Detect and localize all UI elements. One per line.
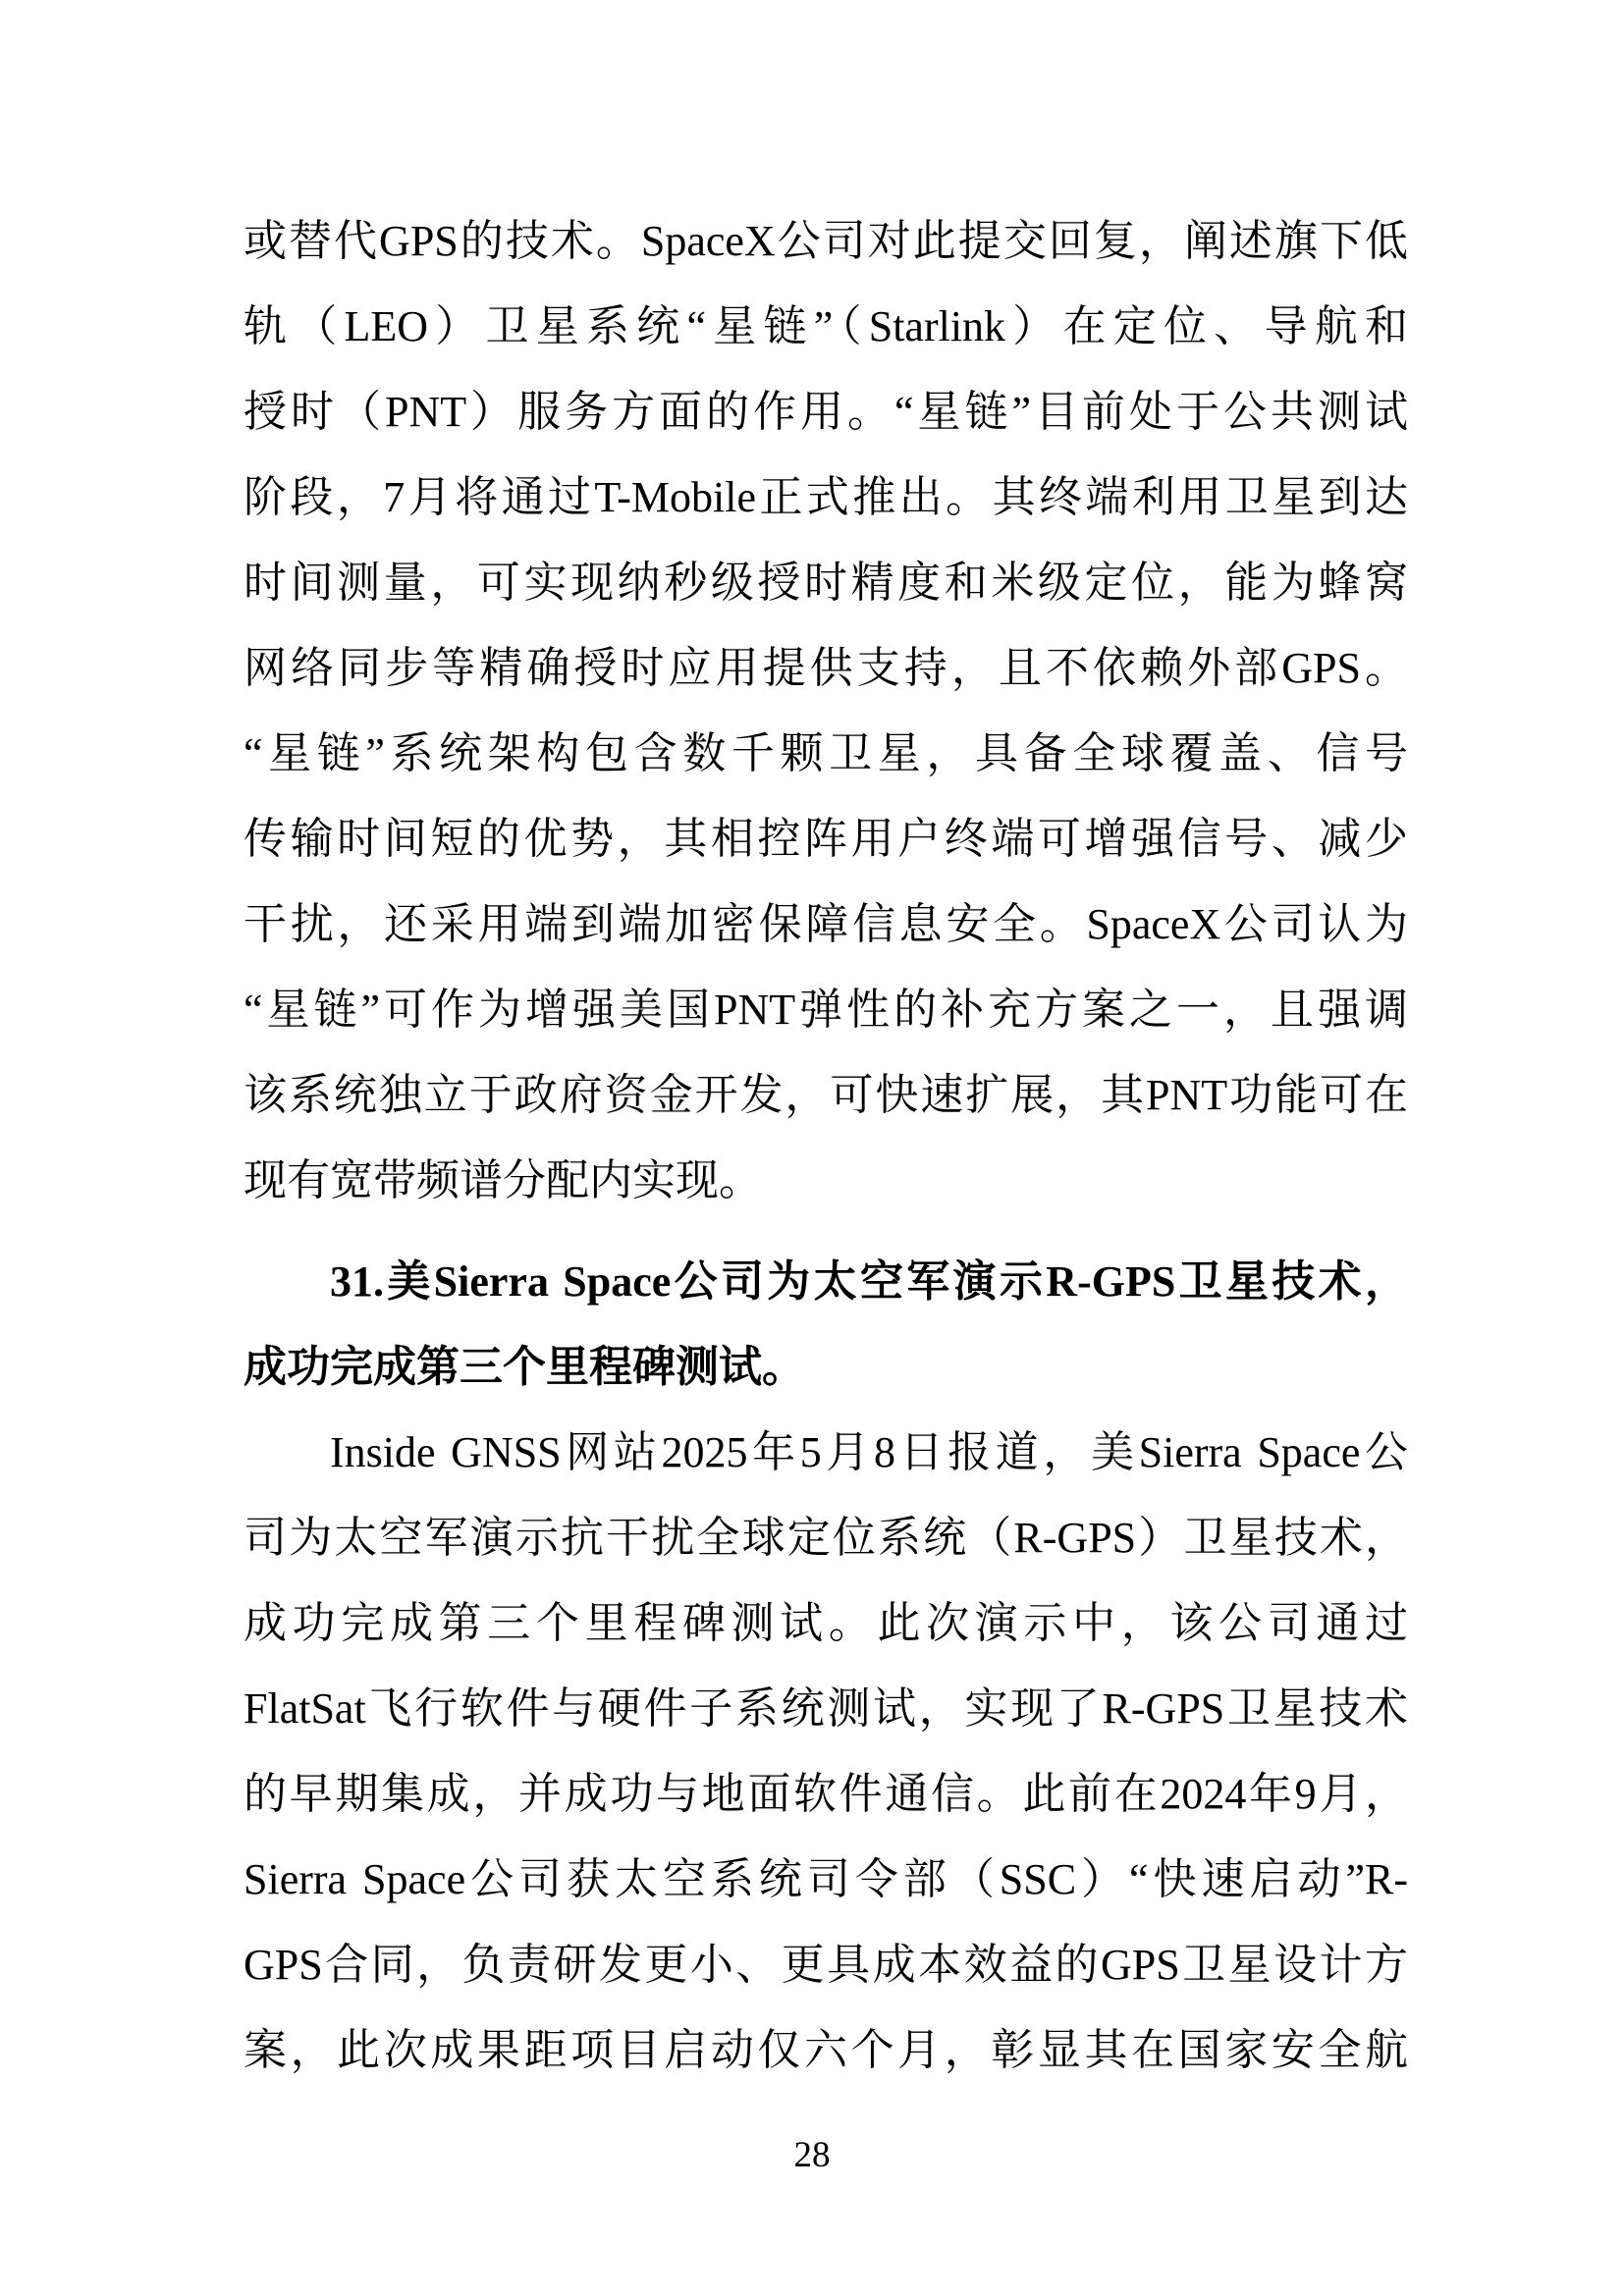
text-line: 案，此次成果距项目启动仅六个月，彰显其在国家安全航 bbox=[244, 2007, 1408, 2093]
text-block: 或替代GPS的技术。SpaceX公司对此提交回复，阐述旗下低 轨（LEO）卫星系… bbox=[244, 198, 1408, 2093]
text-line: 成功完成第三个里程碑测试。此次演示中，该公司通过 bbox=[244, 1580, 1408, 1666]
paragraph-end-line: 现有宽带频谱分配内实现。 bbox=[244, 1138, 1408, 1223]
text-line: 网络同步等精确授时应用提供支持，且不依赖外部GPS。 bbox=[244, 625, 1408, 711]
section-heading-line-2: 成功完成第三个里程碑测试。 bbox=[244, 1324, 1408, 1410]
text-line: FlatSat飞行软件与硬件子系统测试，实现了R-GPS卫星技术 bbox=[244, 1666, 1408, 1751]
text-line: 该系统独立于政府资金开发，可快速扩展，其PNT功能可在 bbox=[244, 1052, 1408, 1138]
text-line: 的早期集成，并成功与地面软件通信。此前在2024年9月， bbox=[244, 1751, 1408, 1837]
text-line: 授时（PNT）服务方面的作用。“星链”目前处于公共测试 bbox=[244, 369, 1408, 454]
text-line: 干扰，还采用端到端加密保障信息安全。SpaceX公司认为 bbox=[244, 881, 1408, 967]
text-line: “星链”系统架构包含数千颗卫星，具备全球覆盖、信号 bbox=[244, 711, 1408, 796]
text-line: 传输时间短的优势，其相控阵用户终端可增强信号、减少 bbox=[244, 796, 1408, 881]
section-heading-line-1: 31.美Sierra Space公司为太空军演示R-GPS卫星技术， bbox=[244, 1239, 1408, 1324]
text-line: GPS合同，负责研发更小、更具成本效益的GPS卫星设计方 bbox=[244, 1922, 1408, 2007]
text-line: 轨（LEO）卫星系统“星链”（Starlink）在定位、导航和 bbox=[244, 284, 1408, 369]
text-line: 或替代GPS的技术。SpaceX公司对此提交回复，阐述旗下低 bbox=[244, 198, 1408, 284]
text-line: Sierra Space公司获太空系统司令部（SSC）“快速启动”R- bbox=[244, 1837, 1408, 1922]
text-line: Inside GNSS网站2025年5月8日报道，美Sierra Space公 bbox=[244, 1410, 1408, 1495]
page-number: 28 bbox=[0, 2112, 1624, 2198]
text-line: “星链”可作为增强美国PNT弹性的补充方案之一，且强调 bbox=[244, 967, 1408, 1052]
text-line: 时间测量，可实现纳秒级授时精度和米级定位，能为蜂窝 bbox=[244, 540, 1408, 625]
text-line: 阶段，7月将通过T-Mobile正式推出。其终端利用卫星到达 bbox=[244, 454, 1408, 540]
text-line: 司为太空军演示抗干扰全球定位系统（R-GPS）卫星技术， bbox=[244, 1495, 1408, 1580]
document-page: 或替代GPS的技术。SpaceX公司对此提交回复，阐述旗下低 轨（LEO）卫星系… bbox=[0, 0, 1624, 2296]
